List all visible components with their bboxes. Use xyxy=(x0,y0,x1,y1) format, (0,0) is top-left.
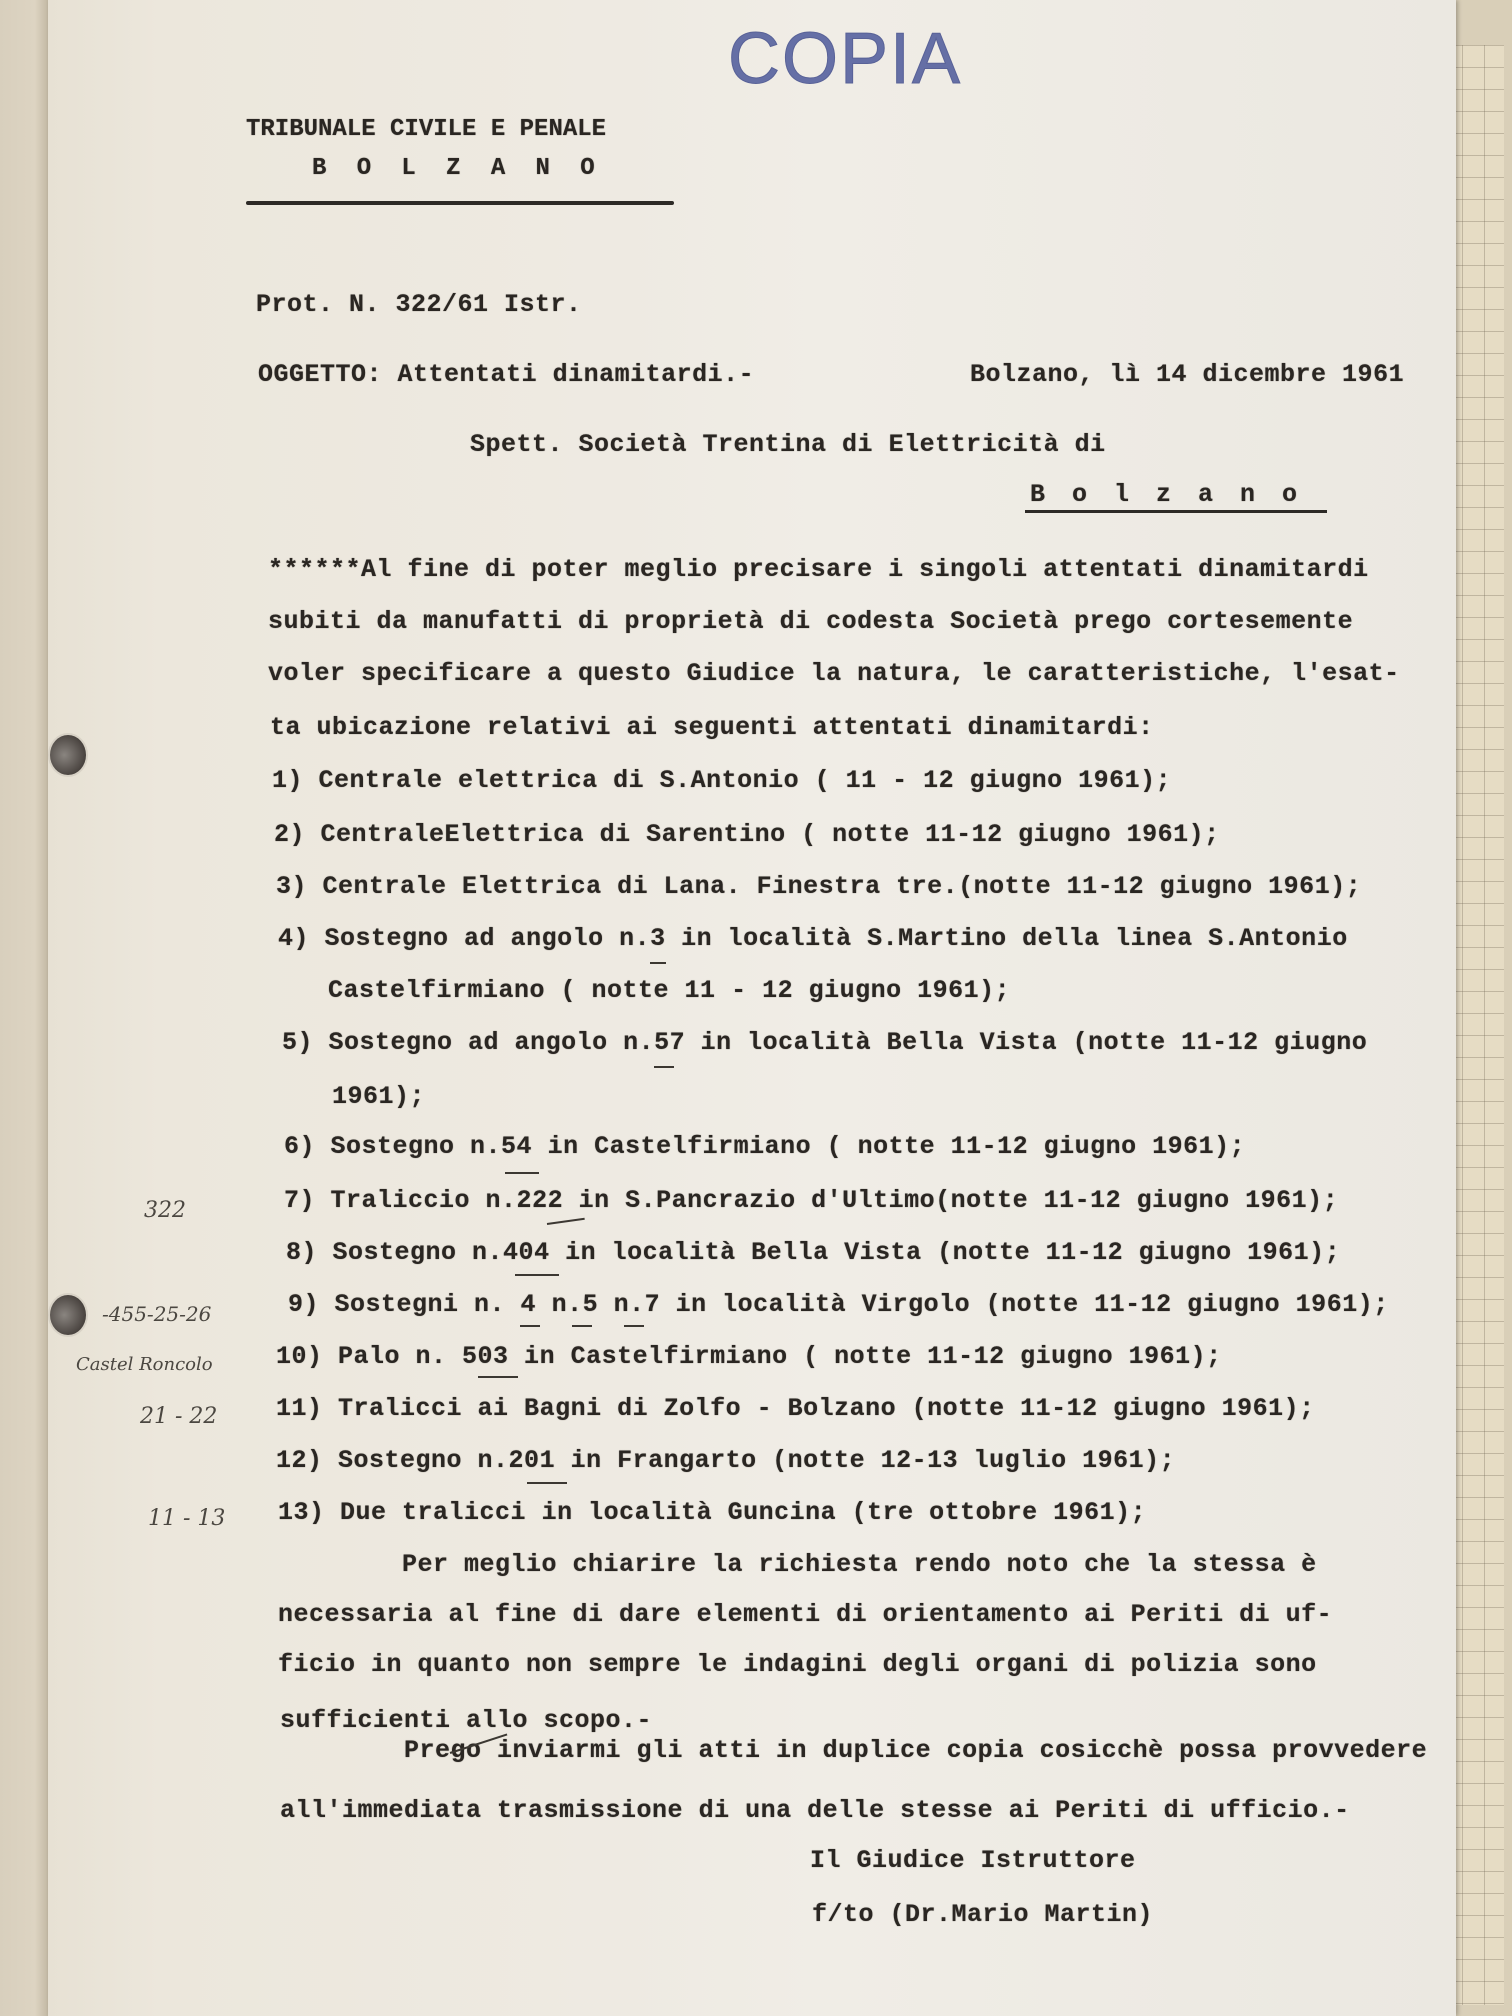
subject-line: OGGETTO: Attentati dinamitardi.- xyxy=(258,360,754,389)
margin-note: -455-25-26 xyxy=(102,1302,211,1326)
item-text: Centrale Elettrica di Lana. Finestra tre… xyxy=(323,872,1362,901)
pencil-mark xyxy=(654,1066,674,1068)
letterhead-city: B O L Z A N O xyxy=(312,155,595,182)
intro-line: ******Al fine di poter meglio precisare … xyxy=(268,555,1369,584)
item-number: 10) xyxy=(276,1342,323,1371)
copia-stamp: COPIA xyxy=(728,18,962,100)
list-item: 3) Centrale Elettrica di Lana. Finestra … xyxy=(276,872,1361,901)
list-item: 10) Palo n. 503 in Castelfirmiano ( nott… xyxy=(276,1342,1222,1371)
item-number: 5) xyxy=(282,1028,313,1057)
item-text: Palo n. 503 in Castelfirmiano ( notte 11… xyxy=(338,1342,1222,1371)
punch-hole-icon xyxy=(48,1293,88,1337)
closing-line: sufficienti allo scopo.- xyxy=(280,1706,652,1735)
margin-note: 322 xyxy=(144,1198,186,1223)
margin-note: Castel Roncolo xyxy=(76,1354,213,1375)
item-number: 3) xyxy=(276,872,307,901)
list-item: 8) Sostegno n.404 in località Bella Vist… xyxy=(286,1238,1340,1267)
list-item: 7) Traliccio n.222 in S.Pancrazio d'Ulti… xyxy=(284,1186,1338,1215)
item-text: Sostegno n.54 in Castelfirmiano ( notte … xyxy=(331,1132,1246,1161)
recipient-city: B o l z a n o xyxy=(1030,480,1303,509)
closing-line: Per meglio chiarire la richiesta rendo n… xyxy=(402,1550,1317,1579)
list-item: 11) Tralicci ai Bagni di Zolfo - Bolzano… xyxy=(276,1394,1315,1423)
item-number: 6) xyxy=(284,1132,315,1161)
closing-line: all'immediata trasmissione di una delle … xyxy=(280,1796,1350,1825)
left-page-edge xyxy=(0,0,50,2016)
item-text: CentraleElettrica di Sarentino ( notte 1… xyxy=(321,820,1220,849)
intro-line: subiti da manufatti di proprietà di code… xyxy=(268,607,1353,636)
pencil-mark xyxy=(520,1325,540,1327)
item-number: 9) xyxy=(288,1290,319,1319)
list-item: 12) Sostegno n.201 in Frangarto (notte 1… xyxy=(276,1446,1175,1475)
item-number: 1) xyxy=(272,766,303,795)
signature-name: f/to (Dr.Mario Martin) xyxy=(812,1900,1153,1929)
item-text: Due tralicci in località Guncina (tre ot… xyxy=(340,1498,1146,1527)
item-text: Sostegno ad angolo n.57 in località Bell… xyxy=(329,1028,1368,1057)
item-text: Sostegni n. 4 n.5 n.7 in località Virgol… xyxy=(335,1290,1389,1319)
item-number: 8) xyxy=(286,1238,317,1267)
pencil-mark xyxy=(650,962,666,964)
list-item: 4) Sostegno ad angolo n.3 in località S.… xyxy=(278,924,1348,953)
punch-hole-icon xyxy=(48,733,88,777)
list-item: 2) CentraleElettrica di Sarentino ( nott… xyxy=(274,820,1220,849)
item-number: 4) xyxy=(278,924,309,953)
letterhead-court: TRIBUNALE CIVILE E PENALE xyxy=(246,116,606,143)
list-item: 5) Sostegno ad angolo n.57 in località B… xyxy=(282,1028,1367,1057)
item-text: Centrale elettrica di S.Antonio ( 11 - 1… xyxy=(319,766,1172,795)
item-number: 13) xyxy=(278,1498,325,1527)
protocol-number: Prot. N. 322/61 Istr. xyxy=(256,290,582,319)
subject-text: Attentati dinamitardi.- xyxy=(398,360,755,389)
closing-line: necessaria al fine di dare elementi di o… xyxy=(278,1600,1332,1629)
margin-note: 11 - 13 xyxy=(148,1506,225,1531)
closing-line: Prego inviarmi gli atti in duplice copia… xyxy=(404,1736,1427,1765)
item-text: Sostegno n.201 in Frangarto (notte 12-13… xyxy=(338,1446,1175,1475)
pencil-mark xyxy=(515,1274,559,1276)
list-item: 1) Centrale elettrica di S.Antonio ( 11 … xyxy=(272,766,1171,795)
item-text: Sostegno n.404 in località Bella Vista (… xyxy=(333,1238,1341,1267)
list-item: 6) Sostegno n.54 in Castelfirmiano ( not… xyxy=(284,1132,1245,1161)
item-text: Tralicci ai Bagni di Zolfo - Bolzano (no… xyxy=(338,1394,1315,1423)
intro-line: ta ubicazione relativi ai seguenti atten… xyxy=(270,713,1154,742)
pencil-mark xyxy=(527,1482,567,1484)
list-item-continuation: 1961); xyxy=(332,1082,425,1111)
recipient-line: Spett. Società Trentina di Elettricità d… xyxy=(470,430,1106,459)
list-item: 13) Due tralicci in località Guncina (tr… xyxy=(278,1498,1146,1527)
subject-label: OGGETTO: xyxy=(258,360,382,389)
intro-line: voler specificare a questo Giudice la na… xyxy=(268,659,1400,688)
closing-line: ficio in quanto non sempre le indagini d… xyxy=(278,1650,1317,1679)
item-number: 11) xyxy=(276,1394,323,1423)
item-number: 7) xyxy=(284,1186,315,1215)
pencil-mark xyxy=(624,1325,644,1327)
list-item-continuation: Castelfirmiano ( notte 11 - 12 giugno 19… xyxy=(328,976,1010,1005)
item-number: 2) xyxy=(274,820,305,849)
date-line: Bolzano, lì 14 dicembre 1961 xyxy=(970,360,1404,389)
item-text: Sostegno ad angolo n.3 in località S.Mar… xyxy=(325,924,1348,953)
pencil-mark xyxy=(505,1172,539,1174)
list-item: 9) Sostegni n. 4 n.5 n.7 in località Vir… xyxy=(288,1290,1389,1319)
item-text: Traliccio n.222 in S.Pancrazio d'Ultimo(… xyxy=(331,1186,1339,1215)
signature-title: Il Giudice Istruttore xyxy=(810,1846,1136,1875)
margin-note: 21 - 22 xyxy=(140,1404,217,1429)
item-number: 12) xyxy=(276,1446,323,1475)
recipient-city-underline xyxy=(1025,510,1327,513)
pencil-mark xyxy=(572,1325,592,1327)
letterhead-rule xyxy=(246,201,674,205)
pencil-mark xyxy=(478,1376,518,1378)
